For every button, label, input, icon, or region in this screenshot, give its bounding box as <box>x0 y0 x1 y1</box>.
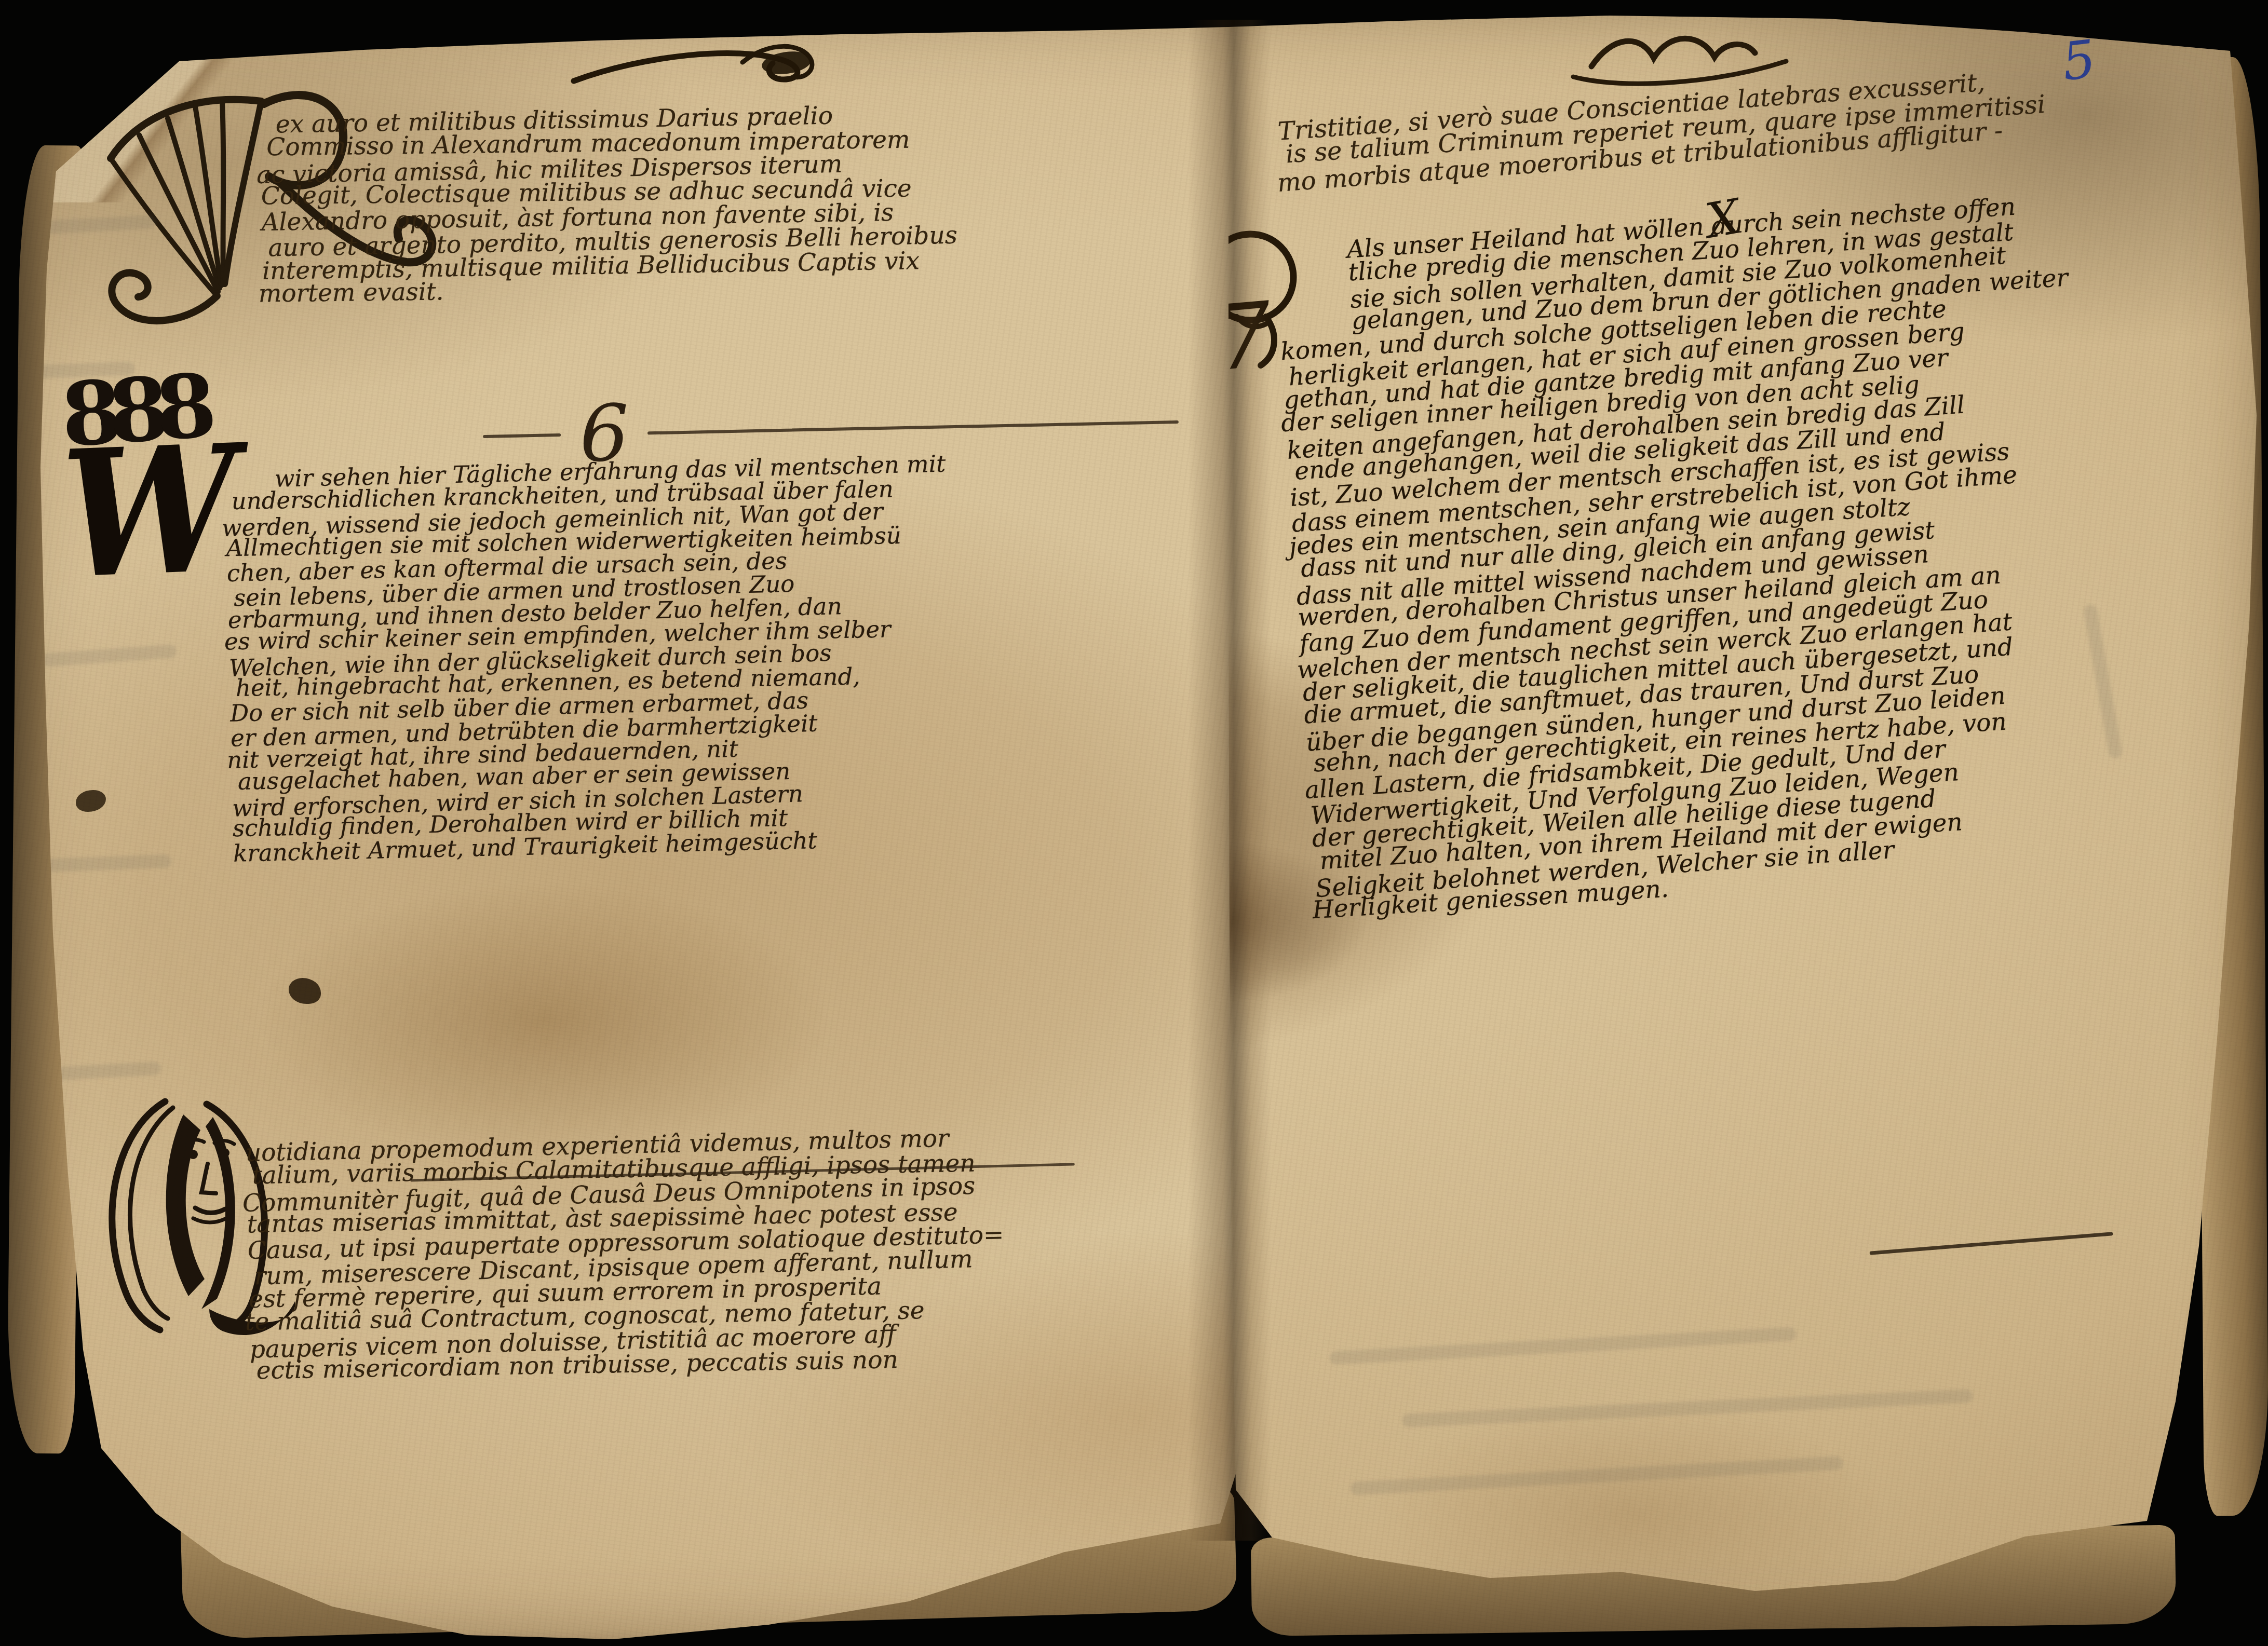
ink-blot <box>76 790 106 812</box>
book-gutter-shadow <box>1188 20 1271 1541</box>
pen-flourish-top-left-page <box>566 30 836 103</box>
bleed-through-text <box>1402 1389 1973 1427</box>
german-paragraph-right: Als unser Heiland hat wöllen durch sein … <box>1273 174 2268 918</box>
bleed-through-text <box>41 644 177 667</box>
latin-paragraph-bottom-left: uotidiana propemodum experientiâ videmus… <box>245 1110 1205 1374</box>
bleed-through-text <box>1329 1327 1797 1365</box>
ink-blot <box>289 978 321 1004</box>
latin-paragraph-top-left: ex auro et militibus ditissimus Darius p… <box>260 87 1197 297</box>
bleed-through-text <box>57 1062 161 1080</box>
divider-dash <box>647 420 1178 434</box>
manuscript-photo: R 888 W ex auro et militibus ditissimus … <box>0 0 2268 1646</box>
bleed-through-text <box>47 854 172 872</box>
margin-ornament-W: W <box>60 421 240 603</box>
bleed-through-text <box>1350 1456 1843 1495</box>
closing-dash-flourish <box>1869 1232 2113 1255</box>
german-paragraph-left: wir sehen hier Tägliche erfahrung das vi… <box>224 439 1209 858</box>
divider-dash <box>483 433 561 438</box>
